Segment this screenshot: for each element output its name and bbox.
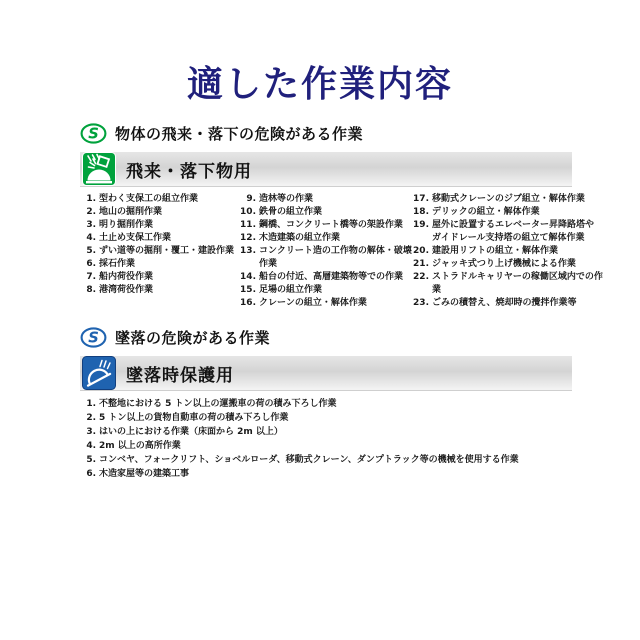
item-text: デリックの組立・解体作業 [432, 206, 540, 219]
item-number: 14. [240, 271, 256, 284]
list-item: 22.ストラドルキャリヤーの稼働区域内での作業 [413, 271, 610, 297]
item-number: 5. [80, 245, 96, 258]
item-text: ジャッキ式つり上げ機械による作業 [432, 258, 576, 271]
item-text: 不整地における 5 トン以上の運搬車の荷の積み下ろし作業 [99, 397, 337, 411]
list-item: 9.造林等の作業 [240, 193, 413, 206]
item-text: クレーンの組立・解体作業 [259, 297, 367, 310]
item-text: 足場の組立作業 [259, 284, 322, 297]
item-text: 地山の掘削作業 [99, 206, 162, 219]
svg-text:S: S [88, 125, 99, 142]
work-list-flying-falling: 1.型わく支保工の組立作業2.地山の掘削作業3.明り掘削作業4.土止め支保工作業… [80, 193, 610, 310]
item-text: ずい道等の掘削・覆工・建設作業 [99, 245, 234, 258]
item-number: 3. [80, 425, 96, 439]
item-number: 4. [80, 232, 96, 245]
item-text: 木造建築の組立作業 [259, 232, 340, 245]
item-text: 採石作業 [99, 258, 135, 271]
item-text: 移動式クレーンのジブ組立・解体作業 [432, 193, 585, 206]
item-number: 21. [413, 258, 429, 271]
work-list-column-3: 17.移動式クレーンのジブ組立・解体作業18.デリックの組立・解体作業19.屋外… [413, 193, 610, 310]
item-text: 船内荷役作業 [99, 271, 153, 284]
list-item: 16.クレーンの組立・解体作業 [240, 297, 413, 310]
band-label: 墜落時保護用 [126, 361, 234, 386]
fall-protection-helmet-icon [82, 356, 116, 390]
item-text: 2m 以上の高所作業 [99, 439, 181, 453]
list-item: 7.船内荷役作業 [80, 271, 240, 284]
item-number: 2. [80, 206, 96, 219]
list-item: 3.明り掘削作業 [80, 219, 240, 232]
item-number: 6. [80, 258, 96, 271]
work-list-fall-protection: 1.不整地における 5 トン以上の運搬車の荷の積み下ろし作業2.5 トン以上の貨… [80, 397, 610, 481]
list-item: 8.港湾荷役作業 [80, 284, 240, 297]
list-item: 19.屋外に設置するエレベーター昇降路塔や ガイドレール支持塔の組立て解体作業 [413, 219, 610, 245]
item-text: 木造家屋等の建築工事 [99, 467, 189, 481]
item-text: ストラドルキャリヤーの稼働区域内での作業 [432, 271, 610, 297]
list-item: 12.木造建築の組立作業 [240, 232, 413, 245]
s-mark-blue-icon: S [80, 327, 107, 348]
category-band-fall-protection: 墜落時保護用 [80, 356, 572, 391]
list-item: 10.鉄骨の組立作業 [240, 206, 413, 219]
item-text: 鉄骨の組立作業 [259, 206, 322, 219]
item-number: 10. [240, 206, 256, 219]
item-number: 1. [80, 193, 96, 206]
list-item: 2.地山の掘削作業 [80, 206, 240, 219]
item-number: 20. [413, 245, 429, 258]
list-item: 13.コンクリート造の工作物の解体・破壊作業 [240, 245, 413, 271]
work-list-column-2: 9.造林等の作業10.鉄骨の組立作業11.鋼橋、コンクリート橋等の架設作業12.… [240, 193, 413, 310]
item-text: 土止め支保工作業 [99, 232, 171, 245]
section-heading-flying-falling: S 物体の飛来・落下の危険がある作業 [80, 122, 610, 144]
item-number: 2. [80, 411, 96, 425]
category-band-flying-falling: 飛来・落下物用 [80, 152, 572, 187]
section-heading-fall: S 墜落の危険がある作業 [80, 326, 610, 348]
list-item: 11.鋼橋、コンクリート橋等の架設作業 [240, 219, 413, 232]
list-item: 21.ジャッキ式つり上げ機械による作業 [413, 258, 610, 271]
item-text: 屋外に設置するエレベーター昇降路塔や ガイドレール支持塔の組立て解体作業 [432, 219, 594, 245]
item-number: 1. [80, 397, 96, 411]
list-item: 1.不整地における 5 トン以上の運搬車の荷の積み下ろし作業 [80, 397, 610, 411]
item-text: 型わく支保工の組立作業 [99, 193, 198, 206]
band-label: 飛来・落下物用 [126, 157, 252, 182]
list-item: 6.木造家屋等の建築工事 [80, 467, 610, 481]
infographic-page: 適した作業内容 S 物体の飛来・落下の危険がある作業 飛来・落下物用 1.型わく… [0, 0, 640, 640]
list-item: 4.2m 以上の高所作業 [80, 439, 610, 453]
section-fall-protection: S 墜落の危険がある作業 墜落時保護用 1.不整地における 5 トン以上の運搬車… [80, 326, 610, 481]
list-item: 18.デリックの組立・解体作業 [413, 206, 610, 219]
item-number: 11. [240, 219, 256, 232]
list-item: 23.ごみの積替え、焼却時の攪拌作業等 [413, 297, 610, 310]
list-item: 17.移動式クレーンのジブ組立・解体作業 [413, 193, 610, 206]
item-number: 9. [240, 193, 256, 206]
list-item: 4.土止め支保工作業 [80, 232, 240, 245]
item-text: 港湾荷役作業 [99, 284, 153, 297]
work-list-column-1: 1.型わく支保工の組立作業2.地山の掘削作業3.明り掘削作業4.土止め支保工作業… [80, 193, 240, 310]
list-item: 5.ずい道等の掘削・覆工・建設作業 [80, 245, 240, 258]
item-text: コンクリート造の工作物の解体・破壊作業 [259, 245, 413, 271]
section-flying-falling-objects: S 物体の飛来・落下の危険がある作業 飛来・落下物用 1.型わく支保工の組立作業… [80, 122, 610, 310]
list-item: 14.船台の付近、高層建築物等での作業 [240, 271, 413, 284]
item-number: 15. [240, 284, 256, 297]
list-item: 20.建設用リフトの組立・解体作業 [413, 245, 610, 258]
item-number: 4. [80, 439, 96, 453]
item-text: 建設用リフトの組立・解体作業 [432, 245, 558, 258]
item-number: 23. [413, 297, 429, 310]
item-number: 7. [80, 271, 96, 284]
item-number: 18. [413, 206, 429, 219]
item-number: 12. [240, 232, 256, 245]
list-item: 15.足場の組立作業 [240, 284, 413, 297]
page-title: 適した作業内容 [0, 64, 640, 106]
svg-text:S: S [88, 329, 99, 346]
item-number: 16. [240, 297, 256, 310]
section-heading-text: 墜落の危険がある作業 [115, 327, 270, 348]
falling-object-impact-icon [82, 152, 116, 186]
item-text: 造林等の作業 [259, 193, 313, 206]
item-text: コンベヤ、フォークリフト、ショベルローダ、移動式クレーン、ダンプトラック等の機械… [99, 453, 519, 467]
list-item: 2.5 トン以上の貨物自動車の荷の積み下ろし作業 [80, 411, 610, 425]
list-item: 3.はいの上における作業（床面から 2m 以上） [80, 425, 610, 439]
list-item: 1.型わく支保工の組立作業 [80, 193, 240, 206]
item-number: 13. [240, 245, 256, 271]
section-heading-text: 物体の飛来・落下の危険がある作業 [115, 123, 363, 144]
list-item: 5.コンベヤ、フォークリフト、ショベルローダ、移動式クレーン、ダンプトラック等の… [80, 453, 610, 467]
list-item: 6.採石作業 [80, 258, 240, 271]
item-number: 19. [413, 219, 429, 245]
item-text: 鋼橋、コンクリート橋等の架設作業 [259, 219, 403, 232]
item-number: 6. [80, 467, 96, 481]
s-mark-green-icon: S [80, 123, 107, 144]
item-text: 5 トン以上の貨物自動車の荷の積み下ろし作業 [99, 411, 288, 425]
item-number: 8. [80, 284, 96, 297]
item-number: 5. [80, 453, 96, 467]
item-text: 明り掘削作業 [99, 219, 153, 232]
work-list-column: 1.不整地における 5 トン以上の運搬車の荷の積み下ろし作業2.5 トン以上の貨… [80, 397, 610, 481]
item-number: 22. [413, 271, 429, 297]
item-text: はいの上における作業（床面から 2m 以上） [99, 425, 283, 439]
item-number: 3. [80, 219, 96, 232]
item-number: 17. [413, 193, 429, 206]
item-text: 船台の付近、高層建築物等での作業 [259, 271, 403, 284]
item-text: ごみの積替え、焼却時の攪拌作業等 [432, 297, 577, 310]
